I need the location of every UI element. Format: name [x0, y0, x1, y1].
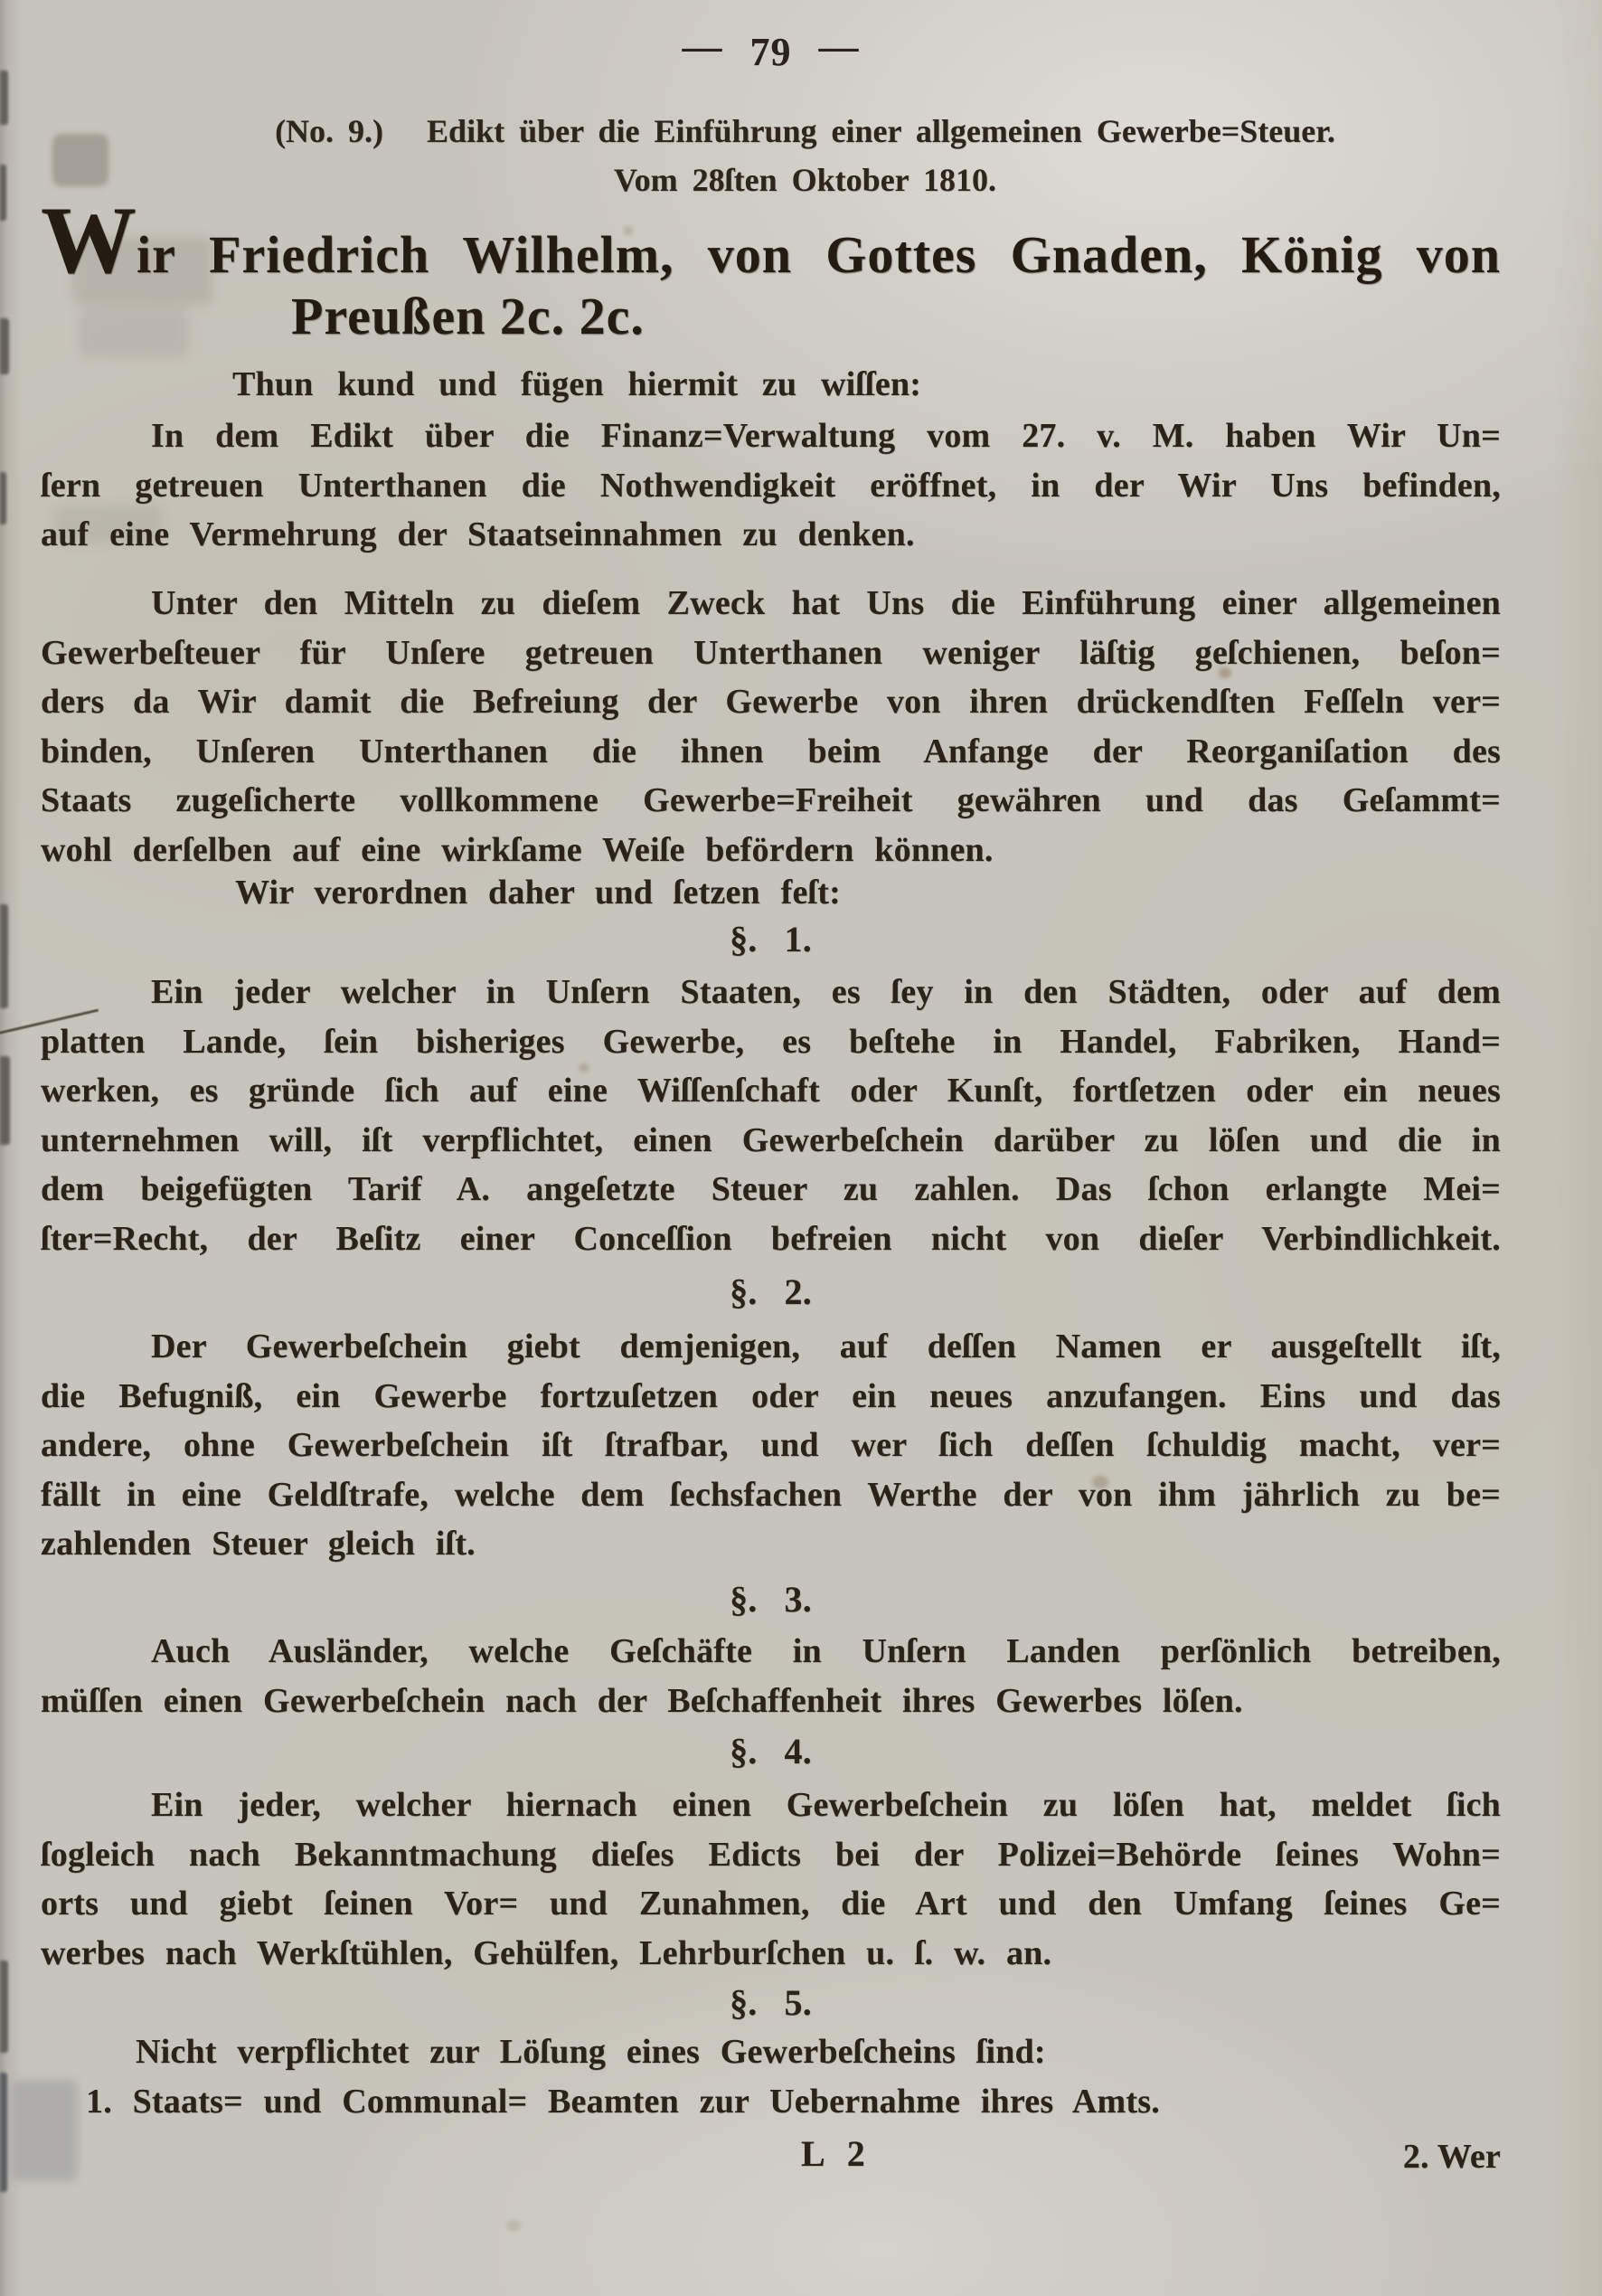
page-number-row: —79— — [41, 29, 1501, 75]
text-line: ſern getreuen Unterthanen die Nothwendig… — [41, 461, 1501, 511]
section-symbol: §. — [730, 919, 757, 959]
royal-heading-text: ir Friedrich Wilhelm, von Gottes Gnaden,… — [137, 225, 1501, 284]
section-number: 4. — [785, 1731, 812, 1772]
text-line: werken, es gründe ſich auf eine Wiſſenſc… — [41, 1066, 1501, 1116]
section-5-intro-line: Nicht verpflichtet zur Löſung eines Gewe… — [41, 2027, 1596, 2077]
preamble-paragraph-2: Unter den Mitteln zu dieſem Zweck hat Un… — [41, 579, 1501, 875]
decree-intro-line: Wir verordnen daher und ſetzen feſt: — [41, 868, 1602, 918]
page-edge-shadow — [0, 472, 6, 524]
text-line: Gewerbeſteuer für Unſere getreuen Untert… — [41, 628, 1501, 678]
page-number-dash-right: — — [819, 24, 860, 70]
page-edge-shadow — [0, 71, 8, 125]
text-line: werbes nach Werkſtühlen, Gehülfen, Lehrb… — [41, 1929, 1501, 1979]
text-line: ſter=Recht, der Beſitz einer Conceſſion … — [41, 1214, 1501, 1264]
proclamation-line: Thun kund und fügen hiermit zu wiſſen: — [41, 360, 1602, 410]
section-number: 1. — [785, 919, 812, 959]
section-mark-5: §.5. — [41, 1979, 1501, 2028]
section-symbol: §. — [730, 1982, 757, 2023]
text-line: Ein jeder, welcher hiernach einen Gewerb… — [41, 1781, 1501, 1830]
royal-heading-line2: Preußen 2c. 2c. — [41, 284, 1602, 349]
text-line: ders da Wir damit die Befreiung der Gewe… — [41, 677, 1501, 727]
text-line: müſſen einen Gewerbeſchein nach der Beſc… — [41, 1677, 1501, 1726]
section-mark-3: §.3. — [41, 1575, 1501, 1625]
text-line: Staats zugeſicherte vollkommene Gewerbe=… — [41, 776, 1501, 826]
text-line: In dem Edikt über die Finanz=Verwaltung … — [41, 411, 1501, 461]
section-mark-2: §.2. — [41, 1268, 1501, 1318]
edict-title: Edikt über die Einführung einer allgemei… — [427, 113, 1335, 149]
page-number-dash-left: — — [683, 24, 723, 70]
section-3-paragraph: Auch Ausländer, welche Geſchäfte in Unſe… — [41, 1627, 1501, 1725]
section-1-paragraph: Ein jeder welcher in Unſern Staaten, es … — [41, 968, 1501, 1264]
edict-number-badge: (No. 9.) — [275, 113, 383, 149]
page-edge-shadow — [0, 1056, 10, 1145]
text-line: ſogleich nach Bekanntmachung dieſes Edic… — [41, 1830, 1501, 1880]
text-line: orts und giebt ſeinen Vor= und Zunahmen,… — [41, 1879, 1501, 1929]
text-line: andere, ohne Gewerbeſchein iſt ſtrafbar,… — [41, 1421, 1501, 1470]
section-number: 3. — [785, 1579, 812, 1620]
edict-title-line: (No. 9.)Edikt über die Einführung einer … — [75, 107, 1535, 156]
page-edge-shadow — [0, 904, 8, 1008]
text-line: dem beigefügten Tarif A. angeſetzte Steu… — [41, 1165, 1501, 1214]
drop-cap-initial: W — [41, 187, 137, 293]
text-line: Ein jeder welcher in Unſern Staaten, es … — [41, 968, 1501, 1017]
section-symbol: §. — [730, 1271, 757, 1312]
section-number: 2. — [785, 1271, 812, 1312]
text-line: die Befugniß, ein Gewerbe fortzuſetzen o… — [41, 1372, 1501, 1422]
section-number: 5. — [785, 1982, 812, 2023]
preamble-paragraph-1: In dem Edikt über die Finanz=Verwaltung … — [41, 411, 1501, 560]
foxing-stain — [506, 2220, 521, 2231]
royal-heading-line1: Wir Friedrich Wilhelm, von Gottes Gnaden… — [41, 222, 1501, 288]
scanned-document-page: —79— (No. 9.)Edikt über die Einführung e… — [0, 0, 1602, 2296]
text-line: Unter den Mitteln zu dieſem Zweck hat Un… — [41, 579, 1501, 628]
text-line: binden, Unſeren Unterthanen die ihnen be… — [41, 727, 1501, 777]
page-edge-shadow — [0, 318, 9, 374]
page-number: 79 — [750, 30, 792, 74]
text-line: unternehmen will, iſt verpflichtet, eine… — [41, 1116, 1501, 1166]
text-line: Auch Ausländer, welche Geſchäfte in Unſe… — [41, 1627, 1501, 1677]
text-line: fällt in eine Geldſtrafe, welche dem ſec… — [41, 1470, 1501, 1520]
section-5-list-item-1: 1. Staats= und Communal= Beamten zur Ueb… — [41, 2077, 1546, 2127]
section-symbol: §. — [730, 1731, 757, 1772]
text-line: zahlenden Steuer gleich iſt. — [41, 1519, 1501, 1569]
edict-date-line: Vom 28ſten Oktober 1810. — [75, 156, 1535, 204]
section-symbol: §. — [730, 1579, 757, 1620]
section-mark-1: §.1. — [41, 915, 1501, 965]
page-edge-shadow — [0, 1961, 8, 2053]
text-line: Der Gewerbeſchein giebt demjenigen, auf … — [41, 1322, 1501, 1372]
section-2-paragraph: Der Gewerbeſchein giebt demjenigen, auf … — [41, 1322, 1501, 1569]
text-line: platten Lande, ſein bisheriges Gewerbe, … — [41, 1017, 1501, 1067]
section-4-paragraph: Ein jeder, welcher hiernach einen Gewerb… — [41, 1781, 1501, 1978]
edict-header: (No. 9.)Edikt über die Einführung einer … — [75, 107, 1535, 204]
page-edge-shadow — [0, 2073, 7, 2192]
section-mark-4: §.4. — [41, 1727, 1501, 1777]
text-line: auf eine Vermehrung der Staatseinnahmen … — [41, 510, 1501, 560]
page-edge-shadow — [0, 165, 6, 221]
catchword: 2. Wer — [41, 2132, 1501, 2182]
